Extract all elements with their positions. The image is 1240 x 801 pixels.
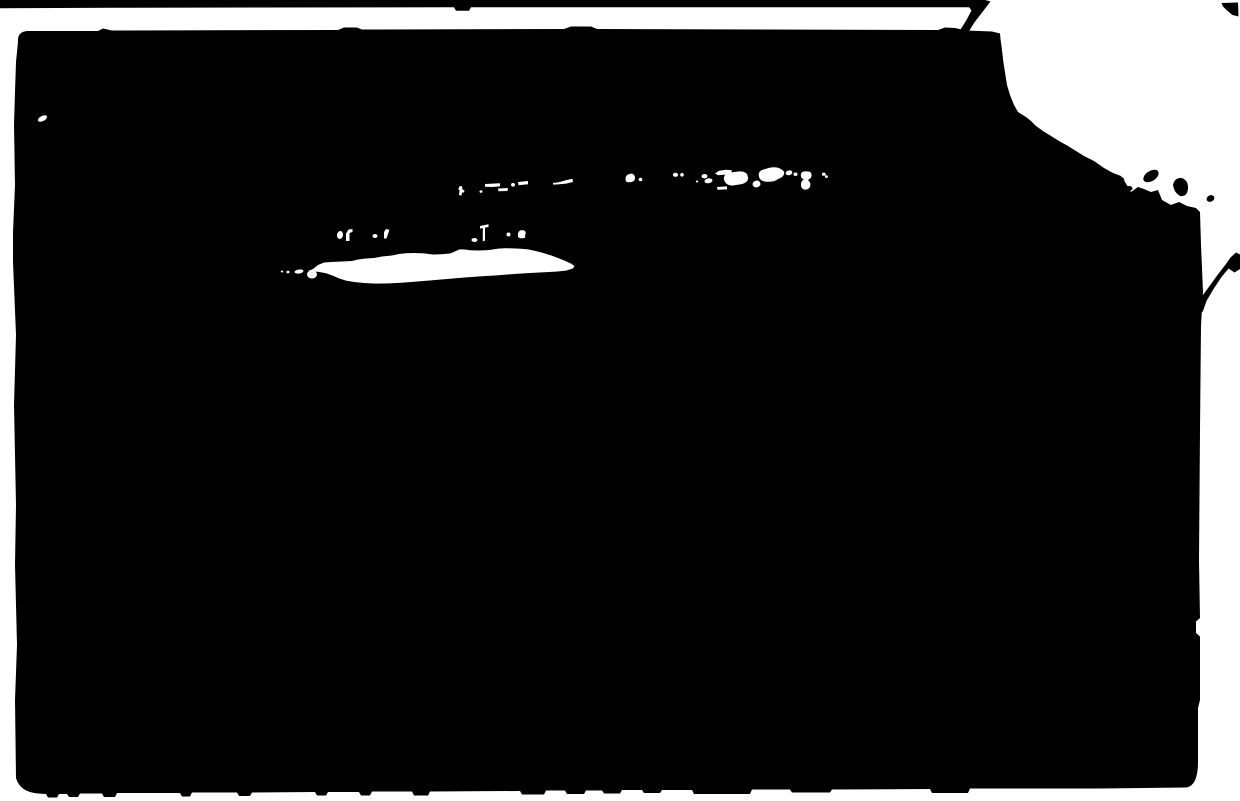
horizon-dot-f <box>696 181 698 183</box>
horizon-dot-d <box>673 173 678 177</box>
horizon-dot-e <box>680 173 684 177</box>
hull-tip-lobe <box>307 271 317 279</box>
horizon-dot-b <box>511 183 515 187</box>
horizon-speck-pair-a <box>822 173 826 176</box>
horizon-dot-c <box>639 178 643 182</box>
deck-blob <box>518 230 526 238</box>
deck-dash <box>472 238 478 242</box>
horizon-speck-pair-b <box>825 175 828 178</box>
hull-left-dot-b <box>281 271 283 273</box>
main-dark-frame <box>13 27 1203 798</box>
deck-dot-a <box>373 234 378 238</box>
horizon-dot-i <box>794 173 798 176</box>
horizon-dot-a <box>480 190 483 193</box>
sky-island-a <box>1107 175 1113 180</box>
horizon-dot-g <box>702 174 708 178</box>
horizon-dash-b <box>498 188 508 191</box>
hull-left-dot-a <box>286 271 289 274</box>
binarized-photo-canvas <box>0 0 1240 801</box>
deck-dot-b <box>507 233 511 237</box>
sky-island-c <box>1126 186 1133 191</box>
binarized-photo-figure <box>0 0 1240 801</box>
